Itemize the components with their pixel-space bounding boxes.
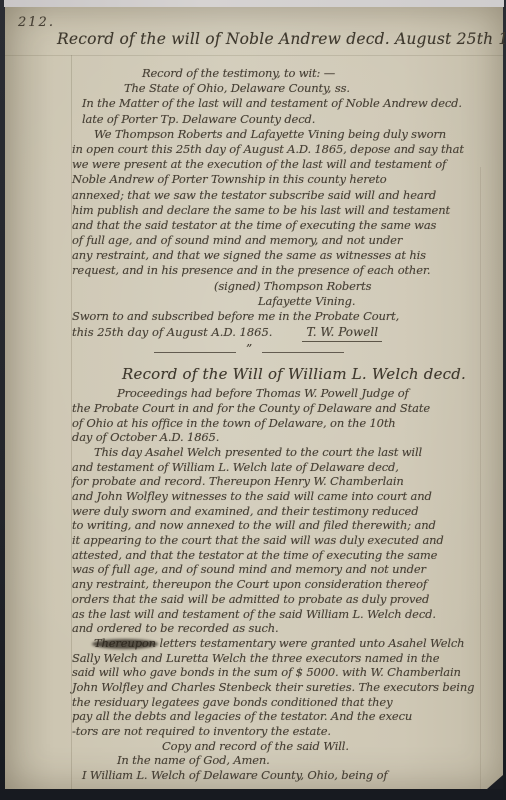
manuscript-line: said will who gave bonds in the sum of $…: [72, 665, 495, 680]
manuscript-line: and testament of William L. Welch late o…: [72, 460, 495, 475]
judge-signature: T. W. Powell: [302, 324, 382, 342]
manuscript-line: it appearing to the court that the said …: [72, 533, 495, 548]
manuscript-line: attested, and that the testator at the t…: [72, 548, 495, 563]
manuscript-line: Sally Welch and Luretta Welch the three …: [72, 651, 495, 666]
manuscript-line: we were present at the execution of the …: [72, 157, 495, 172]
manuscript-line: annexed; that we saw the testator subscr…: [72, 188, 495, 203]
manuscript-line: in open court this 25th day of August A.…: [72, 142, 495, 157]
manuscript-line: day of October A.D. 1865.: [72, 430, 495, 445]
section-divider: ”: [154, 345, 344, 359]
record-william-welch-body: Proceedings had before Thomas W. Powell …: [72, 386, 495, 783]
manuscript-line: We Thompson Roberts and Lafayette Vining…: [72, 127, 495, 142]
manuscript-line: Thereupon letters testamentary were gran…: [72, 636, 495, 651]
manuscript-line: any restraint, and that we signed the sa…: [72, 248, 495, 263]
manuscript-line: request, and in his presence and in the …: [72, 263, 495, 278]
manuscript-line: (signed) Thompson Roberts: [72, 279, 495, 294]
manuscript-line: -tors are not required to inventory the …: [72, 724, 495, 739]
ditto-mark: ”: [246, 346, 252, 352]
manuscript-line: and John Wolfley witnesses to the said w…: [72, 489, 495, 504]
manuscript-line: Proceedings had before Thomas W. Powell …: [72, 386, 495, 401]
page-number: 212.: [18, 15, 55, 30]
divider-line-left: [154, 352, 236, 353]
manuscript-line: I William L. Welch of Delaware County, O…: [72, 768, 495, 783]
manuscript-line: and that the said testator at the time o…: [72, 218, 495, 233]
manuscript-line: pay all the debts and legacies of the te…: [72, 709, 495, 724]
manuscript-line: any restraint, thereupon the Court upon …: [72, 577, 495, 592]
record-title-william-welch: Record of the Will of William L. Welch d…: [72, 363, 495, 386]
manuscript-line: was of full age, and of sound mind and m…: [72, 562, 495, 577]
manuscript-line: Copy and record of the said Will.: [72, 739, 495, 754]
manuscript-line: The State of Ohio, Delaware County, ss.: [72, 81, 495, 96]
manuscript-line: late of Porter Tp. Delaware County decd.: [72, 112, 495, 127]
manuscript-line: Record of the testimony, to wit: —: [72, 66, 495, 81]
manuscript-line: him publish and declare the same to be h…: [72, 203, 495, 218]
manuscript-line: In the Matter of the last will and testa…: [72, 96, 495, 111]
header-rule: [5, 55, 503, 56]
jurat-date: this 25th day of August A.D. 1865.: [72, 324, 272, 340]
page-top-edge: [4, 0, 504, 7]
record-noble-andrew-body: Record of the testimony, to wit: —The St…: [72, 66, 495, 324]
manuscript-line: for probate and record. Thereupon Henry …: [72, 474, 495, 489]
manuscript-line: orders that the said will be admitted to…: [72, 592, 495, 607]
manuscript-line: This day Asahel Welch presented to the c…: [72, 445, 495, 460]
manuscript-line: Sworn to and subscribed before me in the…: [72, 309, 495, 324]
manuscript-line: Noble Andrew of Porter Township in this …: [72, 172, 495, 187]
record-title-noble-andrew: Record of the will of Noble Andrew decd.…: [57, 30, 506, 48]
divider-line-right: [262, 352, 344, 353]
manuscript-line: Lafayette Vining.: [72, 294, 495, 309]
manuscript-line: of Ohio at his office in the town of Del…: [72, 416, 495, 431]
manuscript-line: as the last will and testament of the sa…: [72, 607, 495, 622]
manuscript-line: to writing, and now annexed to the will …: [72, 518, 495, 533]
ledger-photo: 212. Record of the will of Noble Andrew …: [0, 0, 506, 800]
ledger-page: 212. Record of the will of Noble Andrew …: [5, 7, 503, 789]
manuscript-line: the residuary legatees gave bonds condit…: [72, 695, 495, 710]
manuscript-line: and ordered to be recorded as such.: [72, 621, 495, 636]
manuscript-line: the Probate Court in and for the County …: [72, 401, 495, 416]
manuscript-line: John Wolfley and Charles Stenbeck their …: [72, 680, 495, 695]
manuscript-line: In the name of God, Amen.: [72, 753, 495, 768]
manuscript-line: of full age, and of sound mind and memor…: [72, 233, 495, 248]
jurat-row: this 25th day of August A.D. 1865. T. W.…: [72, 324, 495, 340]
manuscript-body: Record of the testimony, to wit: —The St…: [72, 66, 495, 783]
manuscript-line: were duly sworn and examined, and their …: [72, 504, 495, 519]
